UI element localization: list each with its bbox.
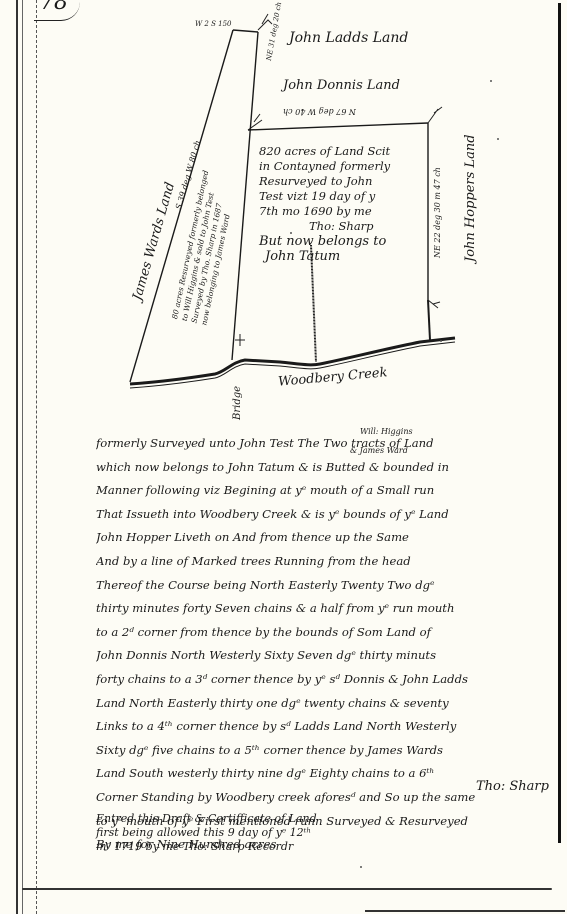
main-tract-note: 820 acres of Land Scit in Contayned form… — [259, 144, 390, 264]
text-line: John Hopper Liveth on And from thence up… — [96, 526, 561, 550]
text-line: formerly Surveyed unto John Test The Two… — [96, 432, 561, 456]
paper-speck — [360, 866, 362, 868]
north-line-bearing: N 67 deg W 40 ch — [283, 107, 356, 116]
neighbor-label-donnis: John Donnis Land — [283, 78, 400, 93]
paper-speck — [290, 232, 292, 234]
text-line: That Issueth into Woodbery Creek & is yᵉ… — [96, 503, 561, 527]
top-corner-bearing: W 2 S 150 — [195, 20, 231, 28]
north-boundary-line — [248, 123, 428, 130]
text-line: to a 2ᵈ corner from thence by the bounds… — [96, 621, 561, 645]
entry-line: first being allowed this 9 day of yᵉ 12ᵗ… — [96, 826, 317, 840]
neighbor-label-hopper: John Hoppers Land — [463, 134, 478, 262]
text-line: Land North Easterly thirty one dgᵉ twent… — [96, 692, 561, 716]
recording-entry: Entred this Draft & Certifficate of Land… — [96, 812, 317, 854]
surveyor-signature: Tho: Sharp — [476, 779, 549, 794]
text-line: Manner following viz Begining at yᵉ mout… — [96, 479, 561, 503]
east-line-bearing: NE 22 deg 30 m 47 ch — [433, 167, 442, 258]
paper-speck — [497, 138, 499, 140]
text-line: And by a line of Marked trees Running fr… — [96, 550, 561, 574]
text-line: Sixty dgᵉ five chains to a 5ᵗʰ corner th… — [96, 739, 561, 763]
paper-speck — [440, 340, 442, 342]
paper-speck — [490, 80, 492, 82]
next-page-edge — [365, 910, 565, 914]
text-line: John Donnis North Westerly Sixty Seven d… — [96, 644, 561, 668]
text-line: Links to a 4ᵗʰ corner thence by sᵈ Ladds… — [96, 715, 561, 739]
text-line: which now belongs to John Tatum & is But… — [96, 456, 561, 480]
bridge-label: Bridge — [232, 386, 243, 420]
entry-line: Entred this Draft & Certifficate of Land — [96, 812, 317, 826]
entry-line: mᵒ 1719 by me Tho: Sharp Recordr — [96, 840, 317, 854]
neighbor-label-ladd: John Ladds Land — [289, 30, 408, 46]
text-line: thirty minutes forty Seven chains & a ha… — [96, 597, 561, 621]
text-line: forty chains to a 3ᵈ corner thence by yᵉ… — [96, 668, 561, 692]
bottom-margin-rule — [22, 888, 552, 890]
manuscript-page: 78 — [0, 0, 567, 914]
text-line: Thereof the Course being North Easterly … — [96, 574, 561, 598]
